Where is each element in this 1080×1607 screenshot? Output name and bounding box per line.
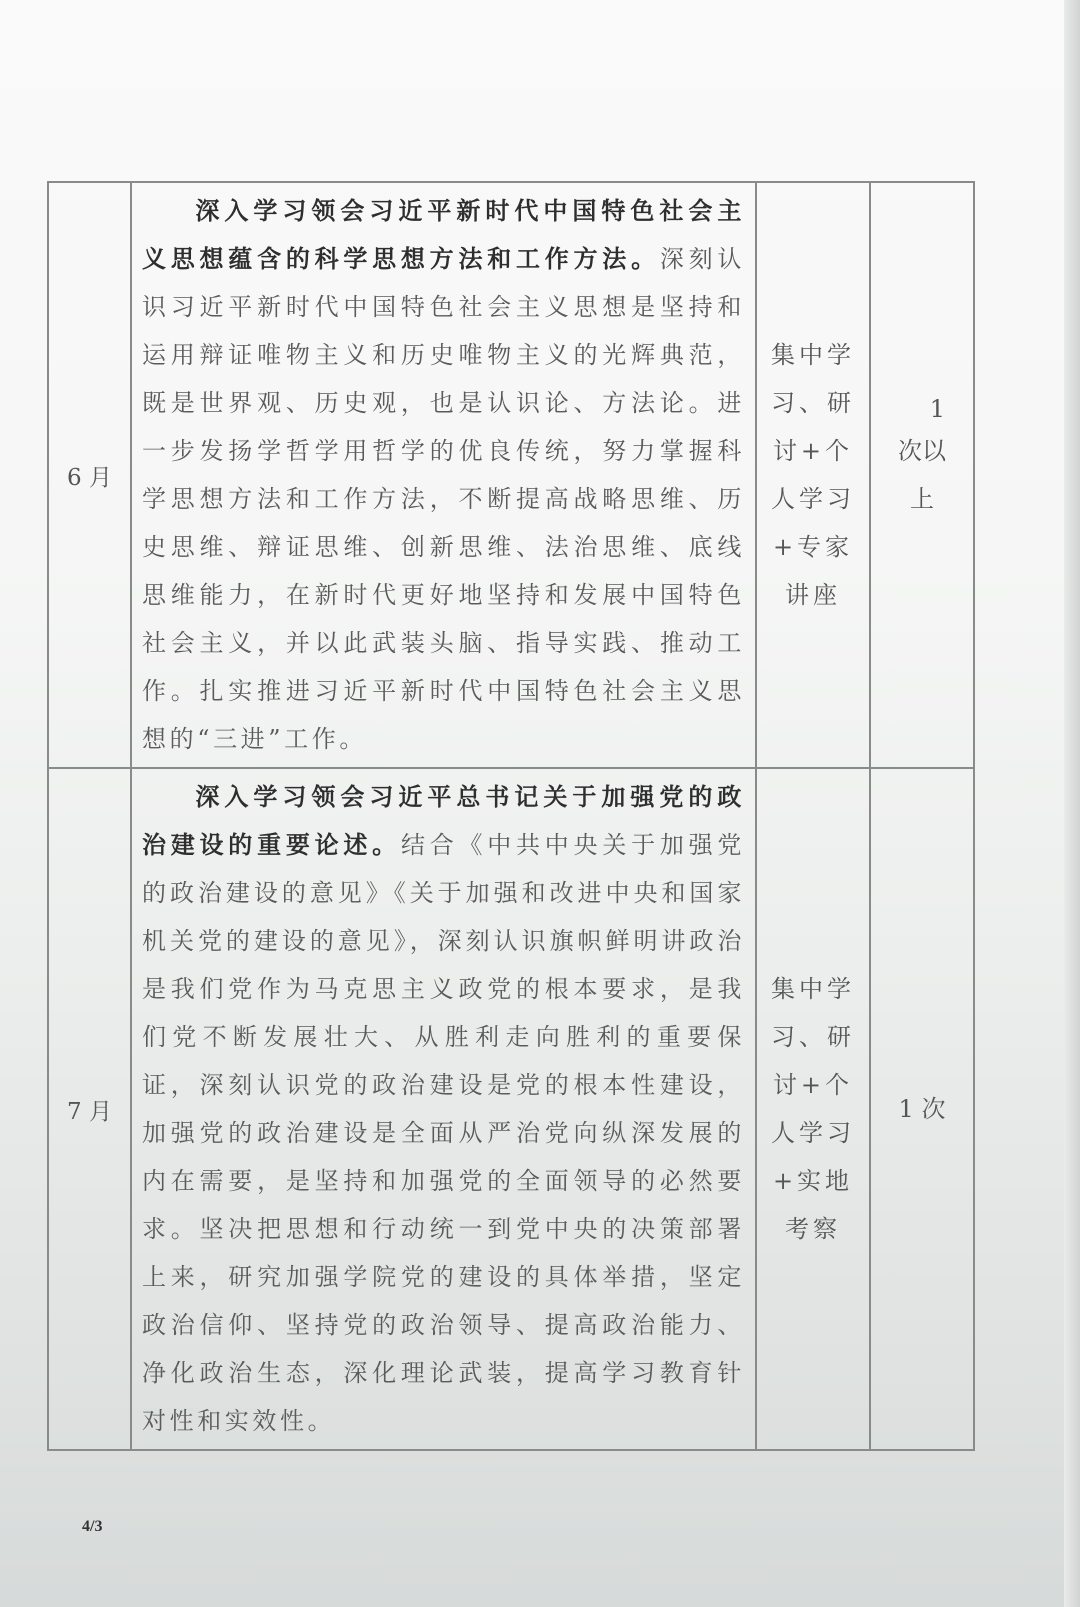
frequency-number: 1	[930, 385, 945, 433]
frequency-cell: 1 次以上	[870, 182, 974, 768]
study-plan-table: 6 月 深入学习领会习近平新时代中国特色社会主义思想蕴含的科学思想方法和工作方法…	[47, 181, 975, 1451]
method-cell: 集中学习、研讨+个人学习+专家讲座	[756, 182, 870, 768]
content-cell: 深入学习领会习近平总书记关于加强党的政治建设的重要论述。结合《中共中央关于加强党…	[131, 768, 756, 1450]
table-row-june: 6 月 深入学习领会习近平新时代中国特色社会主义思想蕴含的科学思想方法和工作方法…	[48, 182, 974, 768]
month-cell: 7 月	[48, 768, 131, 1450]
frequency-cell: 1 次	[870, 768, 974, 1450]
content-body: 深刻认识习近平新时代中国特色社会主义思想是坚持和运用辩证唯物主义和历史唯物主义的…	[142, 245, 745, 753]
content-cell: 深入学习领会习近平新时代中国特色社会主义思想蕴含的科学思想方法和工作方法。深刻认…	[131, 182, 756, 768]
content-body: 结合《中共中央关于加强党的政治建设的意见》《关于加强和改进中央和国家机关党的建设…	[142, 831, 745, 1435]
frequency-text: 次以上	[887, 427, 957, 523]
content-lead: 深入学习领会习近平新时代中国特色社会主义思想蕴含的科学思想方法和工作方法。	[142, 196, 745, 273]
page-number: 4/3	[82, 1518, 102, 1536]
method-cell: 集中学习、研讨+个人学习+实地考察	[756, 768, 870, 1450]
table-row-july: 7 月 深入学习领会习近平总书记关于加强党的政治建设的重要论述。结合《中共中央关…	[48, 768, 974, 1450]
month-cell: 6 月	[48, 182, 131, 768]
page-edge-shadow	[1064, 0, 1080, 1607]
